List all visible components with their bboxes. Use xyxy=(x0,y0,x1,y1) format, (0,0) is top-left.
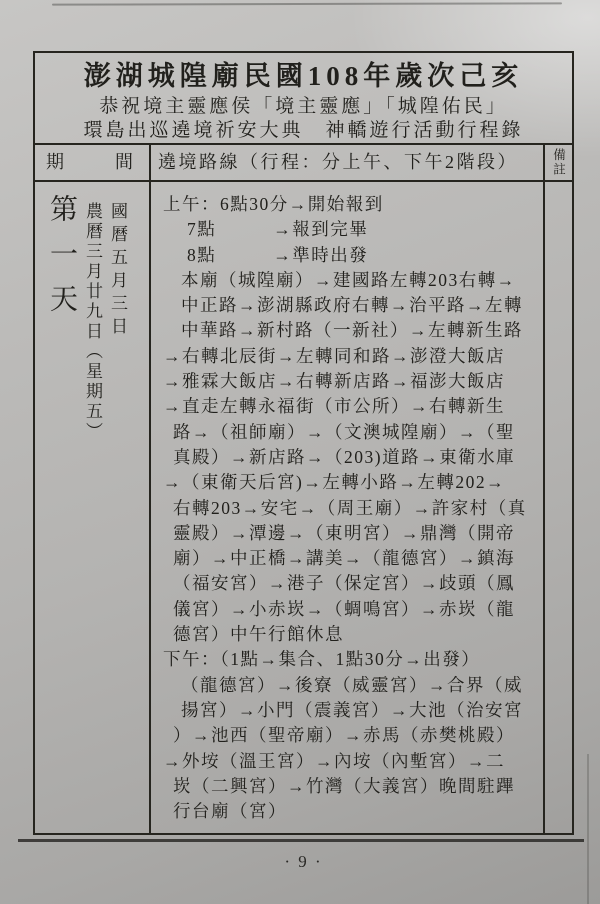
route-header-label: 遶境路線（行程：分上午、下午2階段） xyxy=(151,145,543,179)
page-fold-line xyxy=(52,2,562,5)
scanned-page: 澎湖城隍廟民國108年歲次己亥 恭祝境主靈應侯「境主靈應」「城隍佑民」 環島出巡… xyxy=(0,0,600,904)
route-line: （龍德宮）→後寮（威靈宮）→合界（威 xyxy=(163,673,540,698)
route-line: →外垵（溫王宮）→內垵（內塹宮）→二 xyxy=(163,749,540,774)
route-line: 8點 →準時出發 xyxy=(163,243,540,268)
document-title: 澎湖城隍廟民國108年歲次己亥 xyxy=(35,60,572,92)
solar-date: 國曆五月三日 xyxy=(105,202,130,454)
route-line: →右轉北辰街→左轉同和路→澎澄大飯店 xyxy=(163,344,540,369)
route-line: 儀宮）→小赤崁→（蜩鳴宮）→赤崁（龍 xyxy=(163,597,540,622)
table-header-row: 期間 遶境路線（行程：分上午、下午2階段） 備註 xyxy=(35,143,572,182)
title-block: 澎湖城隍廟民國108年歲次己亥 恭祝境主靈應侯「境主靈應」「城隍佑民」 環島出巡… xyxy=(35,53,572,143)
route-line: →雅霖大飯店→右轉新店路→福澎大飯店 xyxy=(163,369,540,394)
route-line: 右轉203→安宅→（周王廟）→許家村（真 xyxy=(163,496,540,521)
note-header-cell: 備註 xyxy=(545,145,572,180)
date-block: 國曆五月三日 農曆三月廿九日（星期五） xyxy=(80,194,130,454)
route-line: 行台廟（宮） xyxy=(163,799,540,824)
page-edge-shadow xyxy=(587,754,589,904)
route-line: 崁（二興宮）→竹灣（大義宮）晚間駐蹕 xyxy=(163,774,540,799)
lunar-date: 農曆三月廿九日（星期五） xyxy=(80,202,105,454)
route-line: 路→（祖師廟）→（文澳城隍廟）→（聖 xyxy=(163,420,540,445)
route-line: 中華路→新村路（一新社）→左轉新生路 xyxy=(163,318,540,343)
route-line: 7點 →報到完畢 xyxy=(163,217,540,242)
route-line: 揚宮）→小門（震義宮）→大池（治安宮 xyxy=(163,698,540,723)
day-one-label: 第一天 xyxy=(43,194,79,329)
document-frame: 澎湖城隍廟民國108年歲次己亥 恭祝境主靈應侯「境主靈應」「城隍佑民」 環島出巡… xyxy=(33,51,574,835)
table-body-row: 第一天 國曆五月三日 農曆三月廿九日（星期五） 上午：6點30分→開始報到7點 … xyxy=(35,182,572,833)
document-subtitle-event: 環島出巡遶境祈安大典 神轎遊行活動行程錄 xyxy=(35,120,572,142)
route-line: 廟）→中正橋→講美→（龍德宮）→鎮海 xyxy=(163,546,540,571)
route-line: 下午：（1點→集合、1點30分→出發） xyxy=(163,647,540,672)
route-line: 靈殿）→潭邊→（東明宮）→鼎灣（開帝 xyxy=(163,521,540,546)
route-line: 本廟（城隍廟）→建國路左轉203右轉→ xyxy=(163,268,540,293)
route-line: ）→池西（聖帝廟）→赤馬（赤樊桃殿） xyxy=(163,723,540,748)
route-line: （福安宮）→港子（保定宮）→歧頭（鳳 xyxy=(163,571,540,596)
route-line: 中正路→澎湖縣政府右轉→治平路→左轉 xyxy=(163,293,540,318)
route-line: 德宮）中午行館休息 xyxy=(163,622,540,647)
period-header-label: 期間 xyxy=(35,145,149,179)
route-line: →（東衛天后宮)→左轉小路→左轉202→ xyxy=(163,470,540,495)
note-header-label: 備註 xyxy=(547,148,571,180)
route-line: 上午：6點30分→開始報到 xyxy=(163,192,540,217)
route-line: 真殿）→新店路→（203)道路→東衛水庫 xyxy=(163,445,540,470)
page-number: · 9 · xyxy=(33,852,574,872)
route-lines: 上午：6點30分→開始報到7點 →報到完畢8點 →準時出發本廟（城隍廟）→建國路… xyxy=(151,182,545,833)
document-subtitle-blessing: 恭祝境主靈應侯「境主靈應」「城隍佑民」 xyxy=(35,96,572,118)
period-cell: 第一天 國曆五月三日 農曆三月廿九日（星期五） xyxy=(35,182,151,833)
period-header-cell: 期間 xyxy=(35,145,151,180)
note-cell xyxy=(545,182,572,833)
route-line: →直走左轉永福街（市公所）→右轉新生 xyxy=(163,394,540,419)
route-header-cell: 遶境路線（行程：分上午、下午2階段） xyxy=(151,145,545,180)
bottom-edge-rule xyxy=(18,839,584,842)
